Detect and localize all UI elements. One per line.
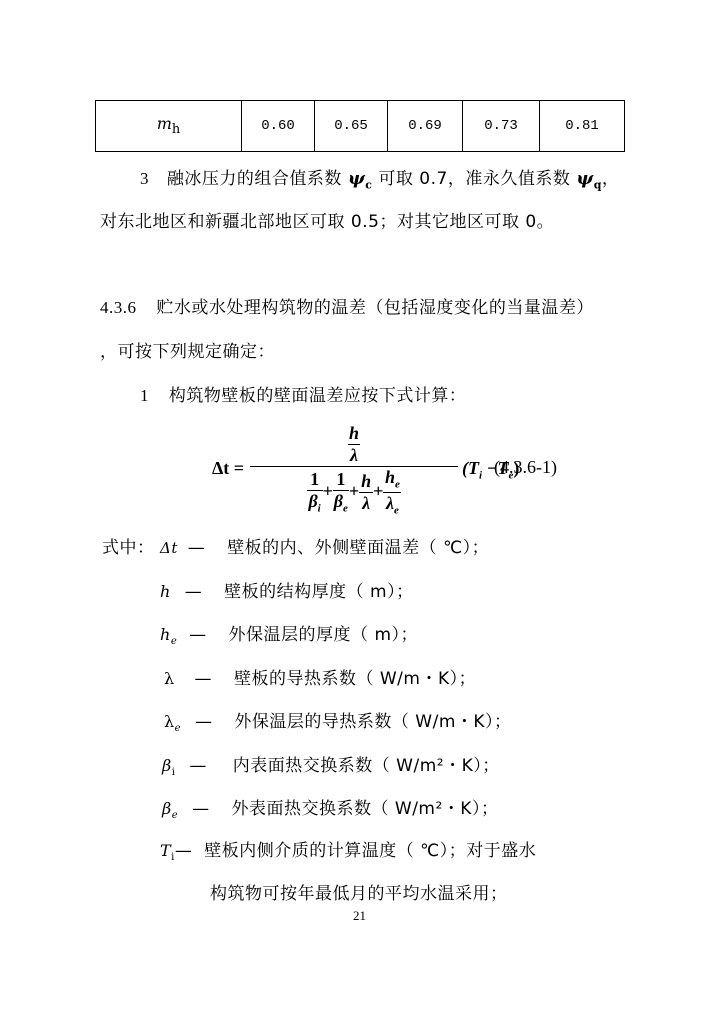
clause-3-line2: 对东北地区和新疆北部地区可取 0.5；对其它地区可取 0。 [100,207,554,232]
symbol-lambda: λ [164,669,175,688]
dash: — [188,538,206,558]
clause-text: 可取 0.7，准永久值系数 [378,169,570,189]
value-cell: 0.60 [242,101,315,152]
term-den: βe [334,492,348,515]
dash: — [189,625,207,645]
definition-text: 壁板内侧介质的计算温度（ ℃）；对于盛水 [204,841,536,861]
clause-number: 3 [140,169,149,188]
value-cell: 0.81 [540,101,625,152]
definition-text: 外保温层的厚度（ m）； [229,625,418,645]
dash: — [195,669,213,689]
section-title-cont: ，可按下列规定确定： [100,337,275,362]
term-den: βi [308,492,320,515]
definition-text: 壁板的内、外侧壁面温差（ ℃）； [227,538,489,558]
value-cell: 0.73 [463,101,540,152]
dash: — [185,582,203,602]
definition-continuation: 构筑物可按年最低月的平均水温采用； [210,879,508,904]
main-denominator: 1 βi + 1 βe + h λ + he λe [307,468,402,517]
definition-item: Δt — 壁板的内、外侧壁面温差（ ℃）； [160,533,489,558]
definition-item: h — 壁板的结构厚度（ m）； [160,577,414,602]
main-fraction: h λ 1 βi + 1 βe + h λ + he λe [250,424,458,517]
symbol-delta-t: Δt [160,539,178,557]
section-title: 贮水或水处理构筑物的温差（包括湿度变化的当量温差） [156,298,594,318]
definition-item: βi — 内表面热交换系数（ W/m²・K）； [162,751,500,778]
row-label-cell: mh [96,101,242,152]
dash: — [195,712,213,732]
main-fraction-bar [250,466,458,467]
term-1-over-beta-e: 1 βe [333,470,349,515]
temperature-difference-formula: Δt = h λ 1 βi + 1 βe + h λ + h [212,424,612,514]
term-he-over-lambda-e: he λe [383,468,401,517]
term-den: λe [386,494,399,517]
numerator-h: h [349,424,359,443]
definition-item: he — 外保温层的厚度（ m）； [160,620,418,647]
term-num: he [385,468,400,491]
equation-number: (4.3.6-1) [494,457,557,478]
psi-c-symbol: ψc [348,168,373,189]
item-number: 1 [140,386,149,405]
definition-text: 外保温层的导热系数（ W/m・K）； [234,712,511,732]
definitions-intro: 式中： [102,533,155,558]
term-h-over-lambda: h λ [359,472,373,513]
h-over-lambda: h λ [348,424,360,465]
main-numerator: h λ [348,424,360,465]
item-text: 构筑物壁板的壁面温差应按下式计算： [169,386,467,406]
definition-item: βe — 外表面热交换系数（ W/m²・K）； [162,794,498,821]
section-number: 4.3.6 [100,298,137,317]
plus-sign: + [373,481,383,501]
formula-lhs: Δt = [212,458,244,479]
term-1-over-beta-i: 1 βi [307,470,323,515]
definition-text: 内表面热交换系数（ W/m²・K）； [233,756,500,776]
mh-symbol: mh [157,114,181,133]
term-den: λ [362,494,370,513]
clause-text: ， [602,169,620,189]
term-num: 1 [336,470,345,489]
definition-text: 壁板的结构厚度（ m）； [224,582,413,602]
value-cell: 0.69 [388,101,463,152]
symbol-beta-e: βe [162,799,178,818]
dash: — [192,799,210,819]
table-row: mh 0.60 0.65 0.69 0.73 0.81 [96,101,625,152]
section-heading: 4.3.6 贮水或水处理构筑物的温差（包括湿度变化的当量温差） [100,293,594,318]
plus-sign: + [349,481,359,501]
item-1: 1 构筑物壁板的壁面温差应按下式计算： [140,381,466,406]
denominator-lambda: λ [350,446,358,465]
dash: — [175,841,193,861]
symbol-h: h [160,582,171,601]
symbol-beta-i: βi [162,756,175,775]
term-num: 1 [310,470,319,489]
symbol-t-i: Ti [160,841,175,860]
symbol-h-e: he [160,625,177,644]
dash: — [189,756,207,776]
term-num: h [361,472,371,491]
page-number: 21 [353,908,366,924]
definition-item: λ — 壁板的导热系数（ W/m・K）； [164,664,476,689]
definition-item: λe — 外保温层的导热系数（ W/m・K）； [164,707,512,734]
definition-text: 壁板的导热系数（ W/m・K）； [234,669,476,689]
value-cell: 0.65 [315,101,388,152]
symbol-lambda-e: λe [164,712,181,731]
clause-3-line1: 3 融冰压力的组合值系数 ψc 可取 0.7，准永久值系数 ψq， [140,164,619,192]
coefficient-table: mh 0.60 0.65 0.69 0.73 0.81 [95,100,625,152]
clause-text: 融冰压力的组合值系数 [167,169,342,189]
plus-sign: + [323,481,333,501]
definition-item: Ti— 壁板内侧介质的计算温度（ ℃）；对于盛水 [160,836,536,863]
definition-text: 外表面热交换系数（ W/m²・K）； [231,799,498,819]
psi-q-symbol: ψq [576,168,602,189]
